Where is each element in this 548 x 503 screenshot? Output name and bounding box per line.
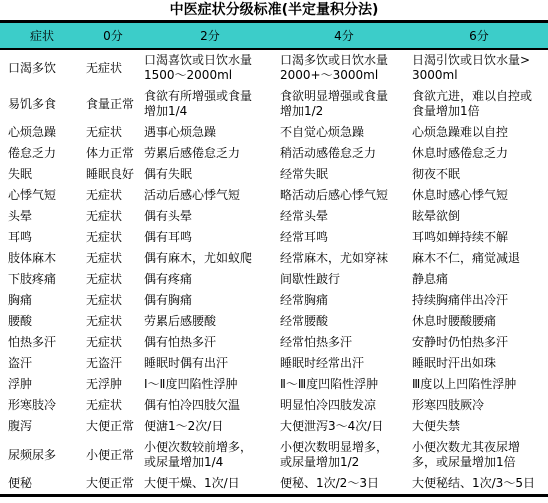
grade-cell: 心烦急躁难以自控 <box>410 122 548 143</box>
grade-cell: 无症状 <box>84 269 142 290</box>
symptom-label: 腰酸 <box>0 311 84 332</box>
grade-cell: 形寒四肢厥冷 <box>410 395 548 416</box>
table-row: 怕热多汗 无症状 偶有怕热多汗 经常怕热多汗 安静时仍怕热多汗 <box>0 332 548 353</box>
symptom-label: 盗汗 <box>0 353 84 374</box>
grade-cell: 稍活动感倦怠乏力 <box>278 143 410 164</box>
grade-cell: 间歇性跛行 <box>278 269 410 290</box>
table-row: 浮肿 无浮肿 Ⅰ～Ⅱ度凹陷性浮肿 Ⅱ～Ⅲ度凹陷性浮肿 Ⅲ度以上凹陷性浮肿 <box>0 374 548 395</box>
symptom-label: 心烦急躁 <box>0 122 84 143</box>
grade-cell: 活动后感心悸气短 <box>142 185 278 206</box>
table-row: 腰酸 无症状 劳累后感腰酸 经常腰酸 休息时腰酸腰痛 <box>0 311 548 332</box>
table-row: 耳鸣 无症状 偶有耳鸣 经常耳鸣 耳鸣如蝉持续不解 <box>0 227 548 248</box>
symptom-label: 浮肿 <box>0 374 84 395</box>
grade-cell: 大便泄泻3～4次/日 <box>278 416 410 437</box>
symptom-label: 腹泻 <box>0 416 84 437</box>
symptom-label: 形寒肢冷 <box>0 395 84 416</box>
grade-cell: 食欲亢进，难以自控或 食量增加1倍 <box>410 86 548 122</box>
grade-cell: 休息时腰酸腰痛 <box>410 311 548 332</box>
grade-cell: 大便干燥、1次/日 <box>142 473 278 496</box>
grade-cell: 劳累后感腰酸 <box>142 311 278 332</box>
grade-cell: 无症状 <box>84 395 142 416</box>
grade-cell: 无症状 <box>84 122 142 143</box>
grade-cell: 经常麻木，尤如穿袜 <box>278 248 410 269</box>
symptom-label: 失眠 <box>0 164 84 185</box>
grade-cell: 小便次数明显增多， 或尿量增加1/2 <box>278 437 410 473</box>
grade-cell: 睡眠时经常出汗 <box>278 353 410 374</box>
symptom-label: 耳鸣 <box>0 227 84 248</box>
column-header-score0: 0分 <box>84 22 142 50</box>
symptom-label: 心悸气短 <box>0 185 84 206</box>
table-row: 肢体麻木 无症状 偶有麻木，尤如蚁爬 经常麻木，尤如穿袜 麻木不仁，痛觉减退 <box>0 248 548 269</box>
grade-cell: 明显怕冷四肢发凉 <box>278 395 410 416</box>
column-header-score6: 6分 <box>410 22 548 50</box>
table-row: 形寒肢冷 无症状 偶有怕冷四肢欠温 明显怕冷四肢发凉 形寒四肢厥冷 <box>0 395 548 416</box>
grade-cell: 休息时感心悸气短 <box>410 185 548 206</box>
column-header-score2: 2分 <box>142 22 278 50</box>
grade-cell: 偶有耳鸣 <box>142 227 278 248</box>
table-row: 易饥多食 食量正常 食欲有所增强或食量 增加1/4 食欲明显增强或食量 增加1/… <box>0 86 548 122</box>
grade-cell: 睡眠时汗出如珠 <box>410 353 548 374</box>
table-row: 口渴多饮 无症状 口渴喜饮或日饮水量 1500～2000ml 口渴多饮或日饮水量… <box>0 49 548 86</box>
table-row: 心烦急躁 无症状 遇事心烦急躁 不自觉心烦急躁 心烦急躁难以自控 <box>0 122 548 143</box>
grade-cell: 休息时感倦怠乏力 <box>410 143 548 164</box>
header-row: 症状 0分 2分 4分 6分 <box>0 22 548 50</box>
grade-cell: 口渴喜饮或日饮水量 1500～2000ml <box>142 49 278 86</box>
grade-cell: 劳累后感倦怠乏力 <box>142 143 278 164</box>
grade-cell: 小便正常 <box>84 437 142 473</box>
symptom-label: 下肢疼痛 <box>0 269 84 290</box>
table-row: 胸痛 无症状 偶有胸痛 经常胸痛 持续胸痛伴出冷汗 <box>0 290 548 311</box>
grade-cell: 无症状 <box>84 290 142 311</box>
symptom-label: 胸痛 <box>0 290 84 311</box>
grade-cell: 安静时仍怕热多汗 <box>410 332 548 353</box>
grade-cell: Ⅲ度以上凹陷性浮肿 <box>410 374 548 395</box>
grade-cell: 睡眠时偶有出汗 <box>142 353 278 374</box>
grade-cell: 无症状 <box>84 206 142 227</box>
table-row: 下肢疼痛 无症状 偶有疼痛 间歇性跛行 静息痛 <box>0 269 548 290</box>
grade-cell: 偶有怕冷四肢欠温 <box>142 395 278 416</box>
grade-cell: 大便正常 <box>84 416 142 437</box>
grade-cell: 偶有胸痛 <box>142 290 278 311</box>
grade-cell: 便溏1～2次/日 <box>142 416 278 437</box>
grade-cell: 经常怕热多汗 <box>278 332 410 353</box>
grade-cell: 无症状 <box>84 311 142 332</box>
grade-cell: 耳鸣如蝉持续不解 <box>410 227 548 248</box>
grade-cell: 持续胸痛伴出冷汗 <box>410 290 548 311</box>
grade-cell: Ⅰ～Ⅱ度凹陷性浮肿 <box>142 374 278 395</box>
grade-cell: 经常胸痛 <box>278 290 410 311</box>
symptom-label: 头晕 <box>0 206 84 227</box>
grade-cell: 便秘、1次/2～3日 <box>278 473 410 496</box>
grade-cell: 经常耳鸣 <box>278 227 410 248</box>
grade-cell: 偶有失眠 <box>142 164 278 185</box>
symptom-label: 易饥多食 <box>0 86 84 122</box>
grade-cell: 眩晕欲倒 <box>410 206 548 227</box>
grade-cell: 无症状 <box>84 185 142 206</box>
column-header-score4: 4分 <box>278 22 410 50</box>
table-row: 腹泻 大便正常 便溏1～2次/日 大便泄泻3～4次/日 大便失禁 <box>0 416 548 437</box>
grade-cell: 食欲有所增强或食量 增加1/4 <box>142 86 278 122</box>
table-row: 头晕 无症状 偶有头晕 经常头晕 眩晕欲倒 <box>0 206 548 227</box>
grade-cell: 食欲明显增强或食量 增加1/2 <box>278 86 410 122</box>
grade-cell: 经常失眠 <box>278 164 410 185</box>
grade-cell: 无症状 <box>84 49 142 86</box>
grade-cell: 遇事心烦急躁 <box>142 122 278 143</box>
table-row: 失眠 睡眠良好 偶有失眠 经常失眠 彻夜不眠 <box>0 164 548 185</box>
grade-cell: 不自觉心烦急躁 <box>278 122 410 143</box>
grade-cell: 无症状 <box>84 332 142 353</box>
grade-cell: 偶有疼痛 <box>142 269 278 290</box>
grade-cell: 彻夜不眠 <box>410 164 548 185</box>
symptom-label: 便秘 <box>0 473 84 496</box>
grade-cell: 麻木不仁，痛觉减退 <box>410 248 548 269</box>
grade-cell: 经常腰酸 <box>278 311 410 332</box>
table-row: 便秘 大便正常 大便干燥、1次/日 便秘、1次/2～3日 大便秘结、1次/3～5… <box>0 473 548 496</box>
grade-cell: Ⅱ～Ⅲ度凹陷性浮肿 <box>278 374 410 395</box>
grade-cell: 偶有麻木，尤如蚁爬 <box>142 248 278 269</box>
grade-cell: 偶有头晕 <box>142 206 278 227</box>
grade-cell: 日渴引饮或日饮水量> 3000ml <box>410 49 548 86</box>
table-row: 尿频尿多 小便正常 小便次数较前增多， 或尿量增加1/4 小便次数明显增多， 或… <box>0 437 548 473</box>
grade-cell: 无症状 <box>84 227 142 248</box>
grade-cell: 大便秘结、1次/3～5日 <box>410 473 548 496</box>
symptom-label: 尿频尿多 <box>0 437 84 473</box>
grade-cell: 略活动后感心悸气短 <box>278 185 410 206</box>
symptom-label: 怕热多汗 <box>0 332 84 353</box>
grade-cell: 无症状 <box>84 248 142 269</box>
grade-cell: 无浮肿 <box>84 374 142 395</box>
symptom-label: 倦怠乏力 <box>0 143 84 164</box>
table-row: 盗汗 无盗汗 睡眠时偶有出汗 睡眠时经常出汗 睡眠时汗出如珠 <box>0 353 548 374</box>
grade-cell: 睡眠良好 <box>84 164 142 185</box>
symptom-label: 肢体麻木 <box>0 248 84 269</box>
grade-cell: 静息痛 <box>410 269 548 290</box>
grade-cell: 体力正常 <box>84 143 142 164</box>
grade-cell: 无盗汗 <box>84 353 142 374</box>
symptom-label: 口渴多饮 <box>0 49 84 86</box>
table-row: 心悸气短 无症状 活动后感心悸气短 略活动后感心悸气短 休息时感心悸气短 <box>0 185 548 206</box>
page-title: 中医症状分级标准(半定量积分法) <box>0 0 548 20</box>
grade-cell: 经常头晕 <box>278 206 410 227</box>
grade-cell: 小便次数较前增多， 或尿量增加1/4 <box>142 437 278 473</box>
column-header-symptom: 症状 <box>0 22 84 50</box>
grade-cell: 大便失禁 <box>410 416 548 437</box>
grade-cell: 口渴多饮或日饮水量 2000+～3000ml <box>278 49 410 86</box>
table-row: 倦怠乏力 体力正常 劳累后感倦怠乏力 稍活动感倦怠乏力 休息时感倦怠乏力 <box>0 143 548 164</box>
grade-cell: 食量正常 <box>84 86 142 122</box>
grade-cell: 偶有怕热多汗 <box>142 332 278 353</box>
grade-cell: 小便次数尤其夜尿增 多，或尿量增加1倍 <box>410 437 548 473</box>
grade-cell: 大便正常 <box>84 473 142 496</box>
symptom-grading-table: 症状 0分 2分 4分 6分 口渴多饮 无症状 口渴喜饮或日饮水量 1500～2… <box>0 20 548 497</box>
